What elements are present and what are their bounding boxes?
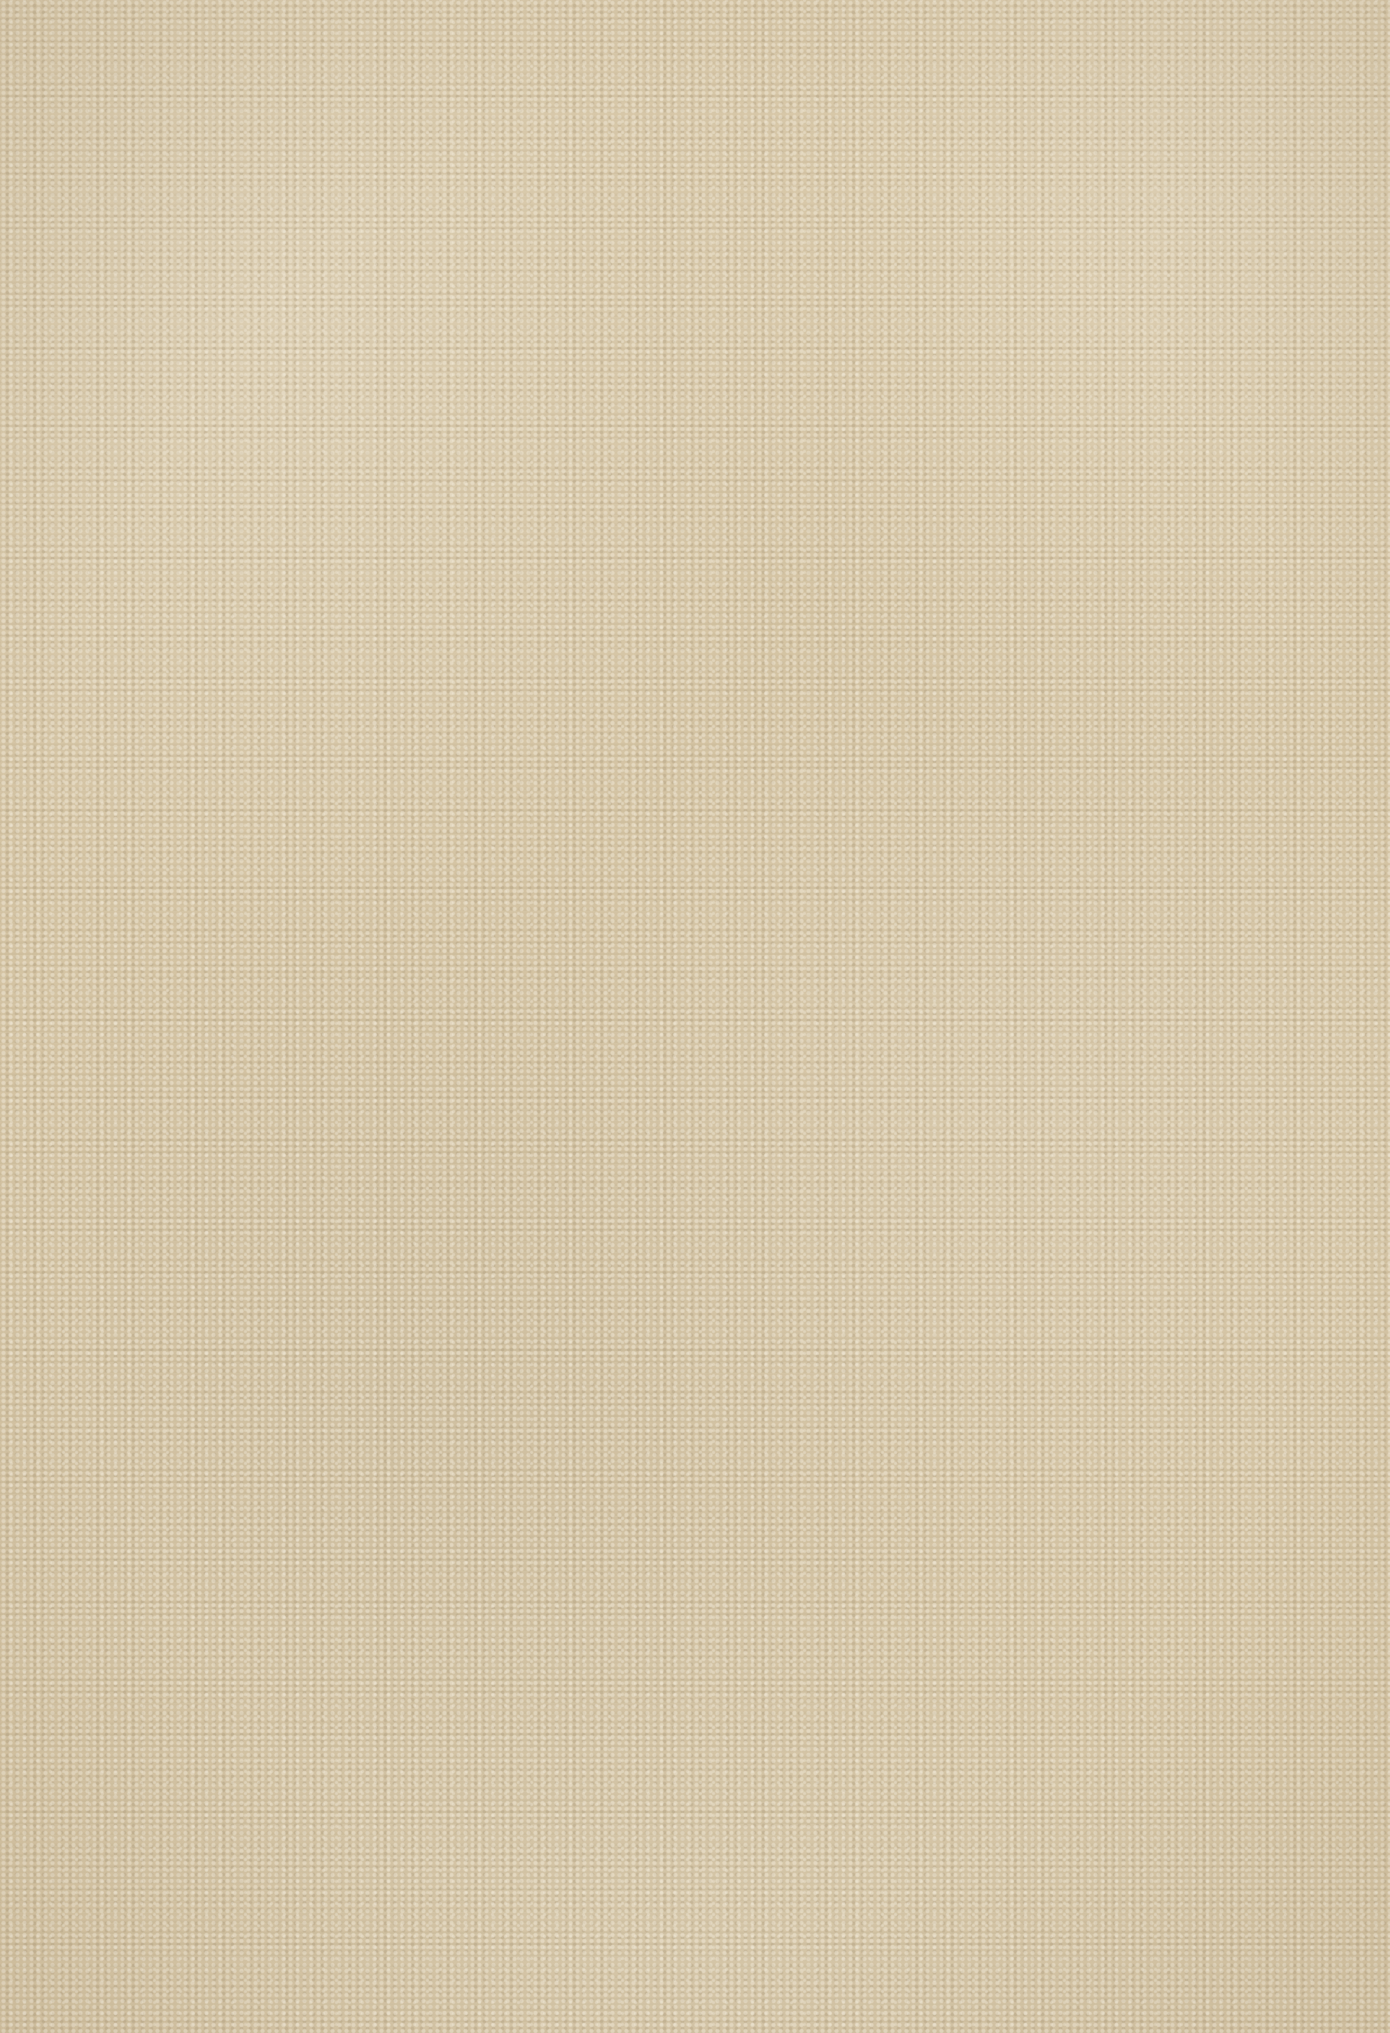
loop-highlights	[0, 0, 1390, 2033]
loop-shadows	[0, 0, 1390, 2033]
loop-sparkles	[0, 0, 1390, 2033]
edge-vignette	[0, 0, 1390, 2033]
tonal-variation	[0, 0, 1390, 2033]
rug-texture	[0, 0, 1390, 2033]
pile-streaks	[0, 0, 1390, 2033]
